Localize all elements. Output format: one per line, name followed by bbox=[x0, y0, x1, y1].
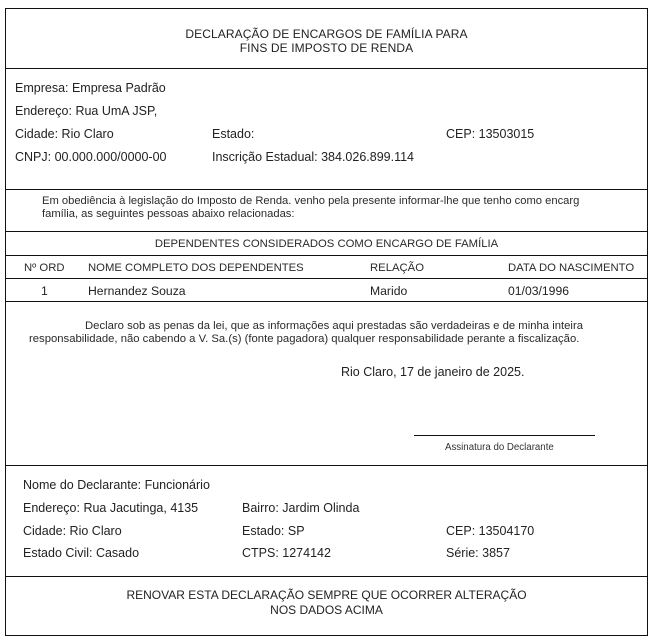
divider bbox=[6, 465, 647, 466]
company-city: Cidade: Rio Claro bbox=[15, 126, 114, 142]
cell-ord: 1 bbox=[41, 283, 48, 299]
cell-birthdate: 01/03/1996 bbox=[508, 283, 569, 299]
divider bbox=[6, 301, 647, 302]
divider bbox=[6, 278, 647, 279]
renewal-notice-line-2: NOS DADOS ACIMA bbox=[6, 603, 647, 618]
company-address: Endereço: Rua UmA JSP, bbox=[15, 103, 157, 119]
title-line-2: FINS DE IMPOSTO DE RENDA bbox=[6, 41, 647, 55]
declarant-address: Endereço: Rua Jacutinga, 4135 bbox=[23, 500, 198, 516]
signature-line bbox=[414, 435, 595, 436]
divider bbox=[6, 189, 647, 190]
declarant-state: Estado: SP bbox=[242, 523, 305, 539]
divider bbox=[6, 255, 647, 256]
company-state-registration: Inscrição Estadual: 384.026.899.114 bbox=[212, 149, 414, 165]
declarant-ctps: CTPS: 1274142 bbox=[242, 545, 331, 561]
divider bbox=[6, 231, 647, 232]
company-name: Empresa: Empresa Padrão bbox=[15, 80, 166, 96]
declarant-name: Nome do Declarante: Funcionário bbox=[23, 477, 210, 493]
divider bbox=[6, 576, 647, 577]
declarant-series: Série: 3857 bbox=[446, 545, 510, 561]
place-and-date: Rio Claro, 17 de janeiro de 2025. bbox=[341, 364, 524, 380]
company-cnpj: CNPJ: 00.000.000/0000-00 bbox=[15, 149, 167, 165]
document-title: DECLARAÇÃO DE ENCARGOS DE FAMÍLIA PARA F… bbox=[6, 9, 647, 69]
title-line-1: DECLARAÇÃO DE ENCARGOS DE FAMÍLIA PARA bbox=[6, 27, 647, 41]
column-header-relation: RELAÇÃO bbox=[370, 260, 424, 276]
declarant-cep: CEP: 13504170 bbox=[446, 523, 534, 539]
company-cep: CEP: 13503015 bbox=[446, 126, 534, 142]
column-header-birthdate: DATA DO NASCIMENTO bbox=[508, 260, 634, 276]
declaration-line-1: Declaro sob as penas da lei, que as info… bbox=[85, 320, 583, 333]
renewal-notice-line-1: RENOVAR ESTA DECLARAÇÃO SEMPRE QUE OCORR… bbox=[6, 588, 647, 603]
declarant-city: Cidade: Rio Claro bbox=[23, 523, 122, 539]
column-header-name: NOME COMPLETO DOS DEPENDENTES bbox=[88, 260, 304, 276]
intro-line-2: família, as seguintes pessoas abaixo rel… bbox=[42, 208, 295, 221]
company-state: Estado: bbox=[212, 126, 254, 142]
intro-line-1: Em obediência à legislação do Imposto de… bbox=[42, 195, 579, 208]
divider bbox=[6, 68, 647, 69]
declarant-neighborhood: Bairro: Jardim Olinda bbox=[242, 500, 359, 516]
declaration-document: DECLARAÇÃO DE ENCARGOS DE FAMÍLIA PARA F… bbox=[5, 8, 648, 636]
renewal-notice: RENOVAR ESTA DECLARAÇÃO SEMPRE QUE OCORR… bbox=[6, 588, 647, 618]
cell-name: Hernandez Souza bbox=[88, 283, 186, 299]
dependents-table-title: DEPENDENTES CONSIDERADOS COMO ENCARGO DE… bbox=[6, 236, 647, 252]
signature-label: Assinatura do Declarante bbox=[445, 440, 554, 456]
declarant-marital-status: Estado Civil: Casado bbox=[23, 545, 139, 561]
cell-relation: Marido bbox=[370, 283, 407, 299]
column-header-ord: Nº ORD bbox=[24, 260, 65, 276]
declaration-line-2: responsabilidade, não cabendo a V. Sa.(s… bbox=[29, 333, 579, 346]
